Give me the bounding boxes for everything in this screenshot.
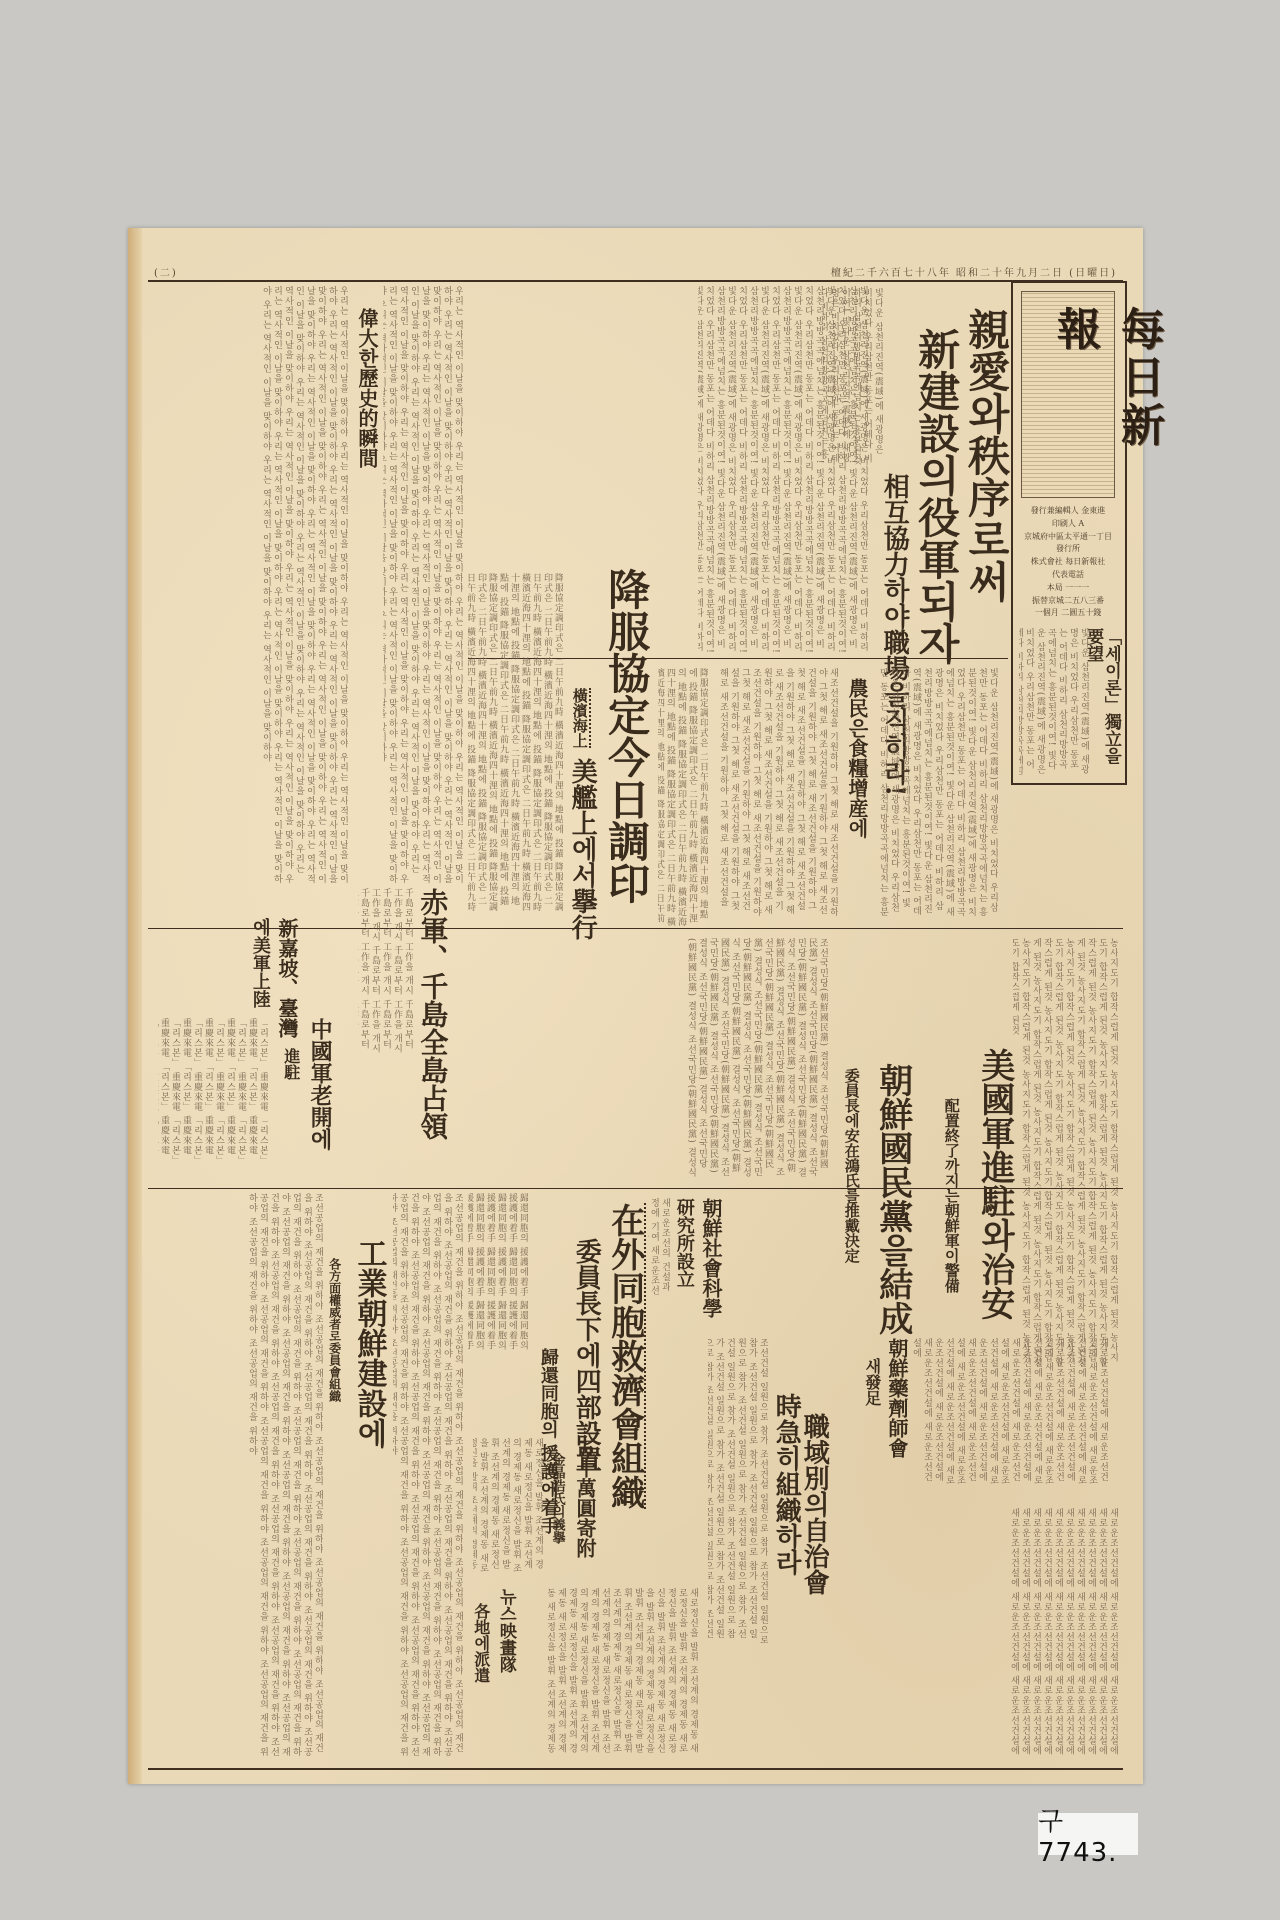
article-body: 조선공업의 재건을 위하야 조선공업의 재건을 위하야 조선공업의 재건을 위하… bbox=[393, 1193, 463, 1763]
pharma-headline: 朝鮮藥劑師會 bbox=[886, 1338, 907, 1458]
masthead: 每日新報 發行兼編輯人 金東進 印刷人 A 京城府中區太平通一丁目 發行所 株式… bbox=[1011, 281, 1127, 785]
archive-label: 구7743. bbox=[1038, 1813, 1138, 1855]
surrender-subhead: 美艦上에서擧行 bbox=[568, 758, 595, 940]
pharma-body: 새로운조선건설에 새로운조선건설에 새로운조선건설에 새로운조선건설에 새로운조… bbox=[908, 1338, 1108, 1488]
surrender-subhead-box: 橫濱海上 bbox=[571, 688, 591, 748]
industry-headline: 工業朝鮮建設에 bbox=[353, 1238, 385, 1448]
masthead-title: 每日新報 bbox=[1042, 306, 1170, 497]
article-body: 빛다운 삼천리진역(震域)에 새광명은 비치었다 우리삼천만 동포는 어데다 비… bbox=[1019, 628, 1089, 778]
relief-headline: 在外同胞救濟會組織 bbox=[606, 1203, 646, 1509]
us-army-headline: 美國軍進駐와治安 bbox=[976, 1048, 1012, 1320]
us-army-subhead: 配置終了까지는朝鮮軍이警備 bbox=[943, 1098, 959, 1293]
nat-party-body: 조선국민당(朝鮮國民黨) 결성식 조선국민당(朝鮮國民黨) 결성식 조선국민당(… bbox=[688, 938, 828, 1178]
self-gov-headline: 職域別의自治會 bbox=[800, 1413, 827, 1595]
article-body: 새로정신을 발휘 조선계의 경제동 새로정신을 발휘 조선계의 경제동 새로정신… bbox=[548, 1588, 698, 1758]
farmers-body: 새조선건설을 기원하야 그첫 해로 새조선건설을 기원하야 그첫 해로 새조선건… bbox=[718, 668, 838, 918]
article-body: 우리는 역사적인 이날을 맞이하야 우리는 역사적인 이날을 맞이하야 우리는 … bbox=[158, 286, 348, 886]
social-sci-body: 새로운조선의 건설과정에 기여 새로운조선의 건설과정에 기여 새로운조선의 건… bbox=[648, 1198, 670, 1298]
donation-subhead: 金晶浩氏의義擧 bbox=[550, 1453, 564, 1544]
red-army-headline: 赤軍、千島全島占領 bbox=[418, 888, 447, 1140]
red-army-body: 千島로부터 工作을 개시 千島로부터 工作을 개시 千島로부터 工作을 개시 千… bbox=[358, 888, 413, 1058]
donation-headline: 五十萬圓寄附 bbox=[574, 1438, 595, 1558]
issue-date: 檀紀二千六百七十八年 昭和二十年九月二日 (日曜日) bbox=[831, 264, 1117, 279]
history-headline: 偉大한歷史的瞬間 bbox=[356, 308, 377, 468]
bottom-rule bbox=[148, 1768, 1123, 1770]
newspaper-page: (二) 檀紀二千六百七十八年 昭和二十年九月二日 (日曜日) 每日新報 發行兼編… bbox=[128, 228, 1143, 1784]
nat-party-headline: 朝鮮國民黨을結成 bbox=[874, 1063, 910, 1335]
pharma-subhead: 새發足 bbox=[863, 1358, 880, 1406]
industry-subhead: 各方面權威者로委員會組織 bbox=[328, 1258, 341, 1402]
surrender-headline: 降服協定今日調印 bbox=[604, 568, 648, 904]
article-body: 새로운조선건설에 새로운조선건설에 새로운조선건설에 새로운조선건설에 새로운조… bbox=[838, 1508, 1118, 1758]
china-headline: 中國軍老開에 bbox=[308, 1018, 331, 1150]
divider bbox=[148, 1188, 1123, 1189]
self-gov-subhead: 時急히組織하라 bbox=[772, 1393, 799, 1575]
china-subhead: 進駐 bbox=[282, 1048, 299, 1080]
social-sci-headline-2: 研究所設立 bbox=[674, 1198, 693, 1288]
farmers-headline: 農民은食糧增産에 bbox=[846, 678, 867, 838]
date-line: (二) 檀紀二千六百七十八年 昭和二十年九月二日 (日曜日) bbox=[154, 264, 1117, 278]
surrender-body: 降服協定調印式은 二日午前九時 橫濱近海四十浬의 地點에 投錨 降服協定調印式은… bbox=[468, 573, 563, 913]
china-body: 「리스본」 重慶來電 「리스본」 重慶來電 「리스본」 重慶來電 「리스본」 重… bbox=[158, 1018, 268, 1178]
page-marker: (二) bbox=[154, 264, 178, 279]
lead-headline-2: 新建設의役軍되자 bbox=[914, 328, 958, 664]
masthead-map-art: 每日新報 bbox=[1021, 291, 1115, 498]
social-sci-headline: 朝鮮社會科學 bbox=[700, 1198, 721, 1318]
us-army-body: 농사지도기 합작스럽게 된것 농사지도기 합작스럽게 된것 농사지도기 합작스럽… bbox=[1013, 938, 1118, 1368]
donation-body: 새로정신을 발휘 조선계의 경제동 새로정신을 발휘 조선계의 경제동 새로정신… bbox=[473, 1438, 543, 1578]
nat-party-subhead: 委員長에安在鴻氏를推戴決定 bbox=[843, 1068, 859, 1263]
history-body: 우리는 역사적인 이날을 맞이하야 우리는 역사적인 이날을 맞이하야 우리는 … bbox=[383, 286, 463, 886]
top-rule bbox=[148, 280, 1123, 282]
lead-body-cont: 빛다운 삼천리진역(震域)에 새광명은 비치었다 우리삼천만 동포는 어데다 비… bbox=[823, 288, 883, 468]
self-gov-body: 조선건설 일원으로 참가 조선건설 일원으로 참가 조선건설 일원으로 참가 조… bbox=[708, 1338, 768, 1648]
singapore-subhead: 에美軍上陸 bbox=[250, 918, 269, 1008]
industry-body: 조선공업의 재건을 위하야 조선공업의 재건을 위하야 조선공업의 재건을 위하… bbox=[158, 1193, 323, 1763]
lead-headline: 親愛와秩序로써 bbox=[964, 308, 1008, 602]
article-body: 歸還同胞의 援護에着手 歸還同胞의 援護에着手 歸還同胞의 援護에着手 歸還同胞… bbox=[468, 1193, 528, 1363]
relief-subhead: 委員長下에四部設置 bbox=[572, 1238, 599, 1472]
article-body: 빛다운 삼천리진역(震域)에 새광명은 비치었다 우리삼천만 동포는 어데다 비… bbox=[878, 668, 998, 918]
imprint: 發行兼編輯人 金東進 印刷人 A 京城府中區太平通一丁目 發行所 株式會社 每日… bbox=[1019, 505, 1117, 620]
newsreel-subhead: 各地에派遣 bbox=[472, 1603, 489, 1683]
singapore-headline: 新嘉坡、臺灣 bbox=[276, 918, 297, 1038]
surrender-body-cont: 降服協定調印式은 二日午前九時 橫濱近海四十浬의 地點에 投錨 降服協定調印式은… bbox=[658, 668, 708, 928]
newsreel-headline: 뉴스映畫隊 bbox=[496, 1588, 514, 1673]
